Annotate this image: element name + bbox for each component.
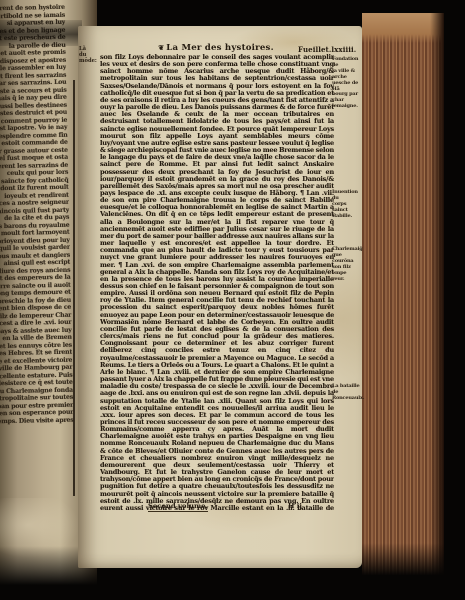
recto-page: Lã du mōde: ❦La Mer des hystoires. Fueil… bbox=[78, 26, 362, 568]
signature-mark: H ij bbox=[288, 502, 302, 510]
page-corner-shadow bbox=[0, 20, 82, 46]
running-head-title: La Mer des hystoires. bbox=[166, 43, 273, 53]
paragraph: ¶ Lan .xvi. de son empire Charlemaigne a… bbox=[100, 261, 334, 376]
paragraph: son filz Loys debonnaire par le conseil … bbox=[100, 54, 334, 197]
paragraph: ¶ Lan .vii. de son em pire Charlemaigne … bbox=[100, 189, 334, 269]
main-text-block: son filz Loys debonnaire par le conseil … bbox=[100, 54, 334, 510]
margin-note-hambourg: Fondation de la ville & arche uesche de … bbox=[332, 57, 362, 110]
fore-edge-bottom-fade bbox=[362, 543, 444, 579]
fleuron-icon: ❦ bbox=[158, 43, 164, 52]
volume-caption: Second volume. bbox=[148, 502, 208, 512]
facing-page-text-fragments: strent de son hystoire Wertibold ne se i… bbox=[0, 4, 75, 505]
folio-number: Fueillet.lxxiiii. bbox=[298, 45, 356, 54]
paragraph: ¶ Lan .xviii. et dernier de son empire C… bbox=[100, 368, 334, 510]
book-photograph: strent de son hystoire Wertibold ne se i… bbox=[0, 0, 465, 600]
margin-note-babille: Inuention du corps sainct Babille. bbox=[332, 190, 362, 220]
margin-note-roncevaux: La bataille de Ronceuaulx. bbox=[332, 384, 362, 402]
fore-edge bbox=[362, 13, 444, 579]
fore-edge-shadow bbox=[430, 13, 444, 579]
gutter-fold-line bbox=[73, 80, 75, 496]
margin-note-couronnement: Charlemaiḡ que courōna son filz empe reu… bbox=[332, 247, 362, 282]
